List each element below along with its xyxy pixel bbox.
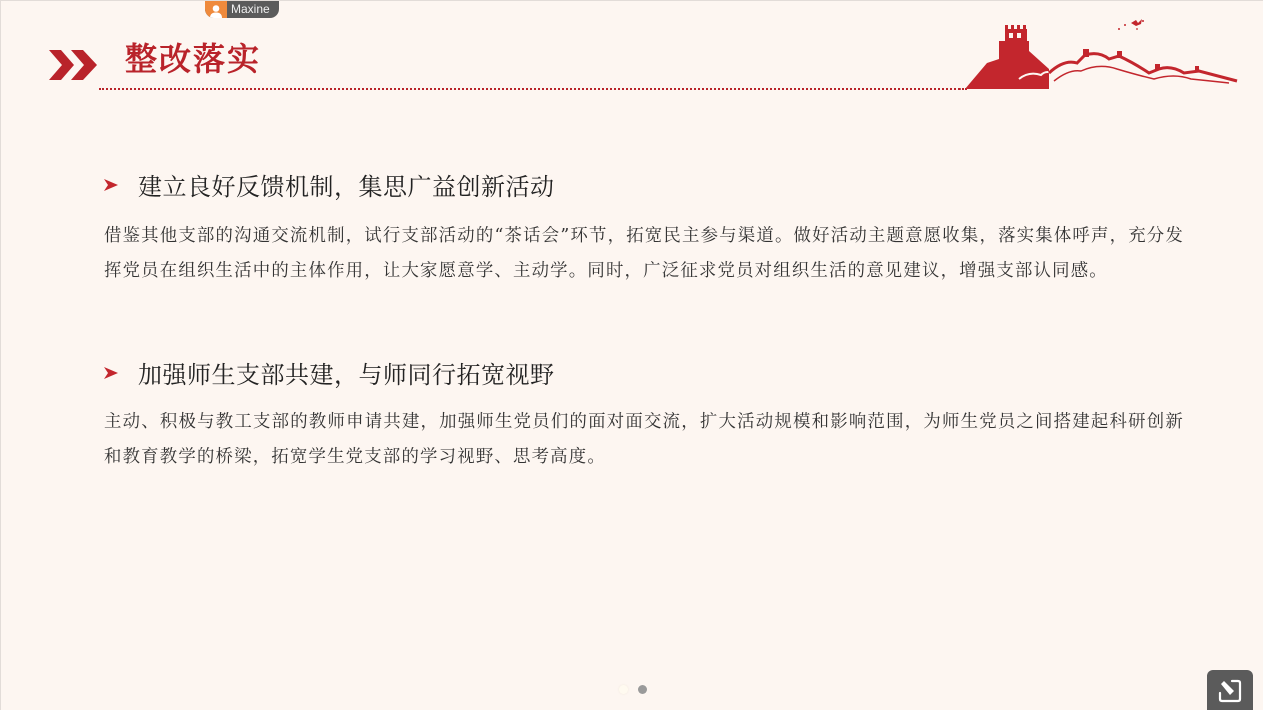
section-heading-2: 加强师生支部共建，与师同行拓宽视野 xyxy=(104,355,555,390)
double-chevron-icon xyxy=(49,50,99,84)
page-dot-1[interactable] xyxy=(619,685,628,694)
section-heading-text: 建立良好反馈机制，集思广益创新活动 xyxy=(138,167,555,202)
page-indicator xyxy=(619,685,647,694)
slide: Maxine 整改落实 xyxy=(0,0,1263,710)
arrowhead-bullet-icon xyxy=(104,178,118,192)
section-body-1: 借鉴其他支部的沟通交流机制，试行支部活动的“茶话会”环节，拓宽民主参与渠道。做好… xyxy=(104,219,1184,289)
page-title: 整改落实 xyxy=(125,34,261,80)
section-heading-text: 加强师生支部共建，与师同行拓宽视野 xyxy=(138,355,555,390)
title-divider xyxy=(99,88,967,90)
section-body-2: 主动、积极与教工支部的教师申请共建，加强师生党员们的面对面交流，扩大活动规模和影… xyxy=(104,405,1184,475)
section-heading-1: 建立良好反馈机制，集思广益创新活动 xyxy=(104,167,555,202)
presenter-badge[interactable]: Maxine xyxy=(205,1,279,18)
arrowhead-bullet-icon xyxy=(104,366,118,380)
presenter-name: Maxine xyxy=(231,1,270,18)
person-icon xyxy=(205,1,227,18)
page-dot-2[interactable] xyxy=(638,685,647,694)
great-wall-illustration xyxy=(959,11,1244,100)
edit-annotate-button[interactable] xyxy=(1207,670,1253,710)
edit-annotate-icon xyxy=(1217,678,1243,704)
